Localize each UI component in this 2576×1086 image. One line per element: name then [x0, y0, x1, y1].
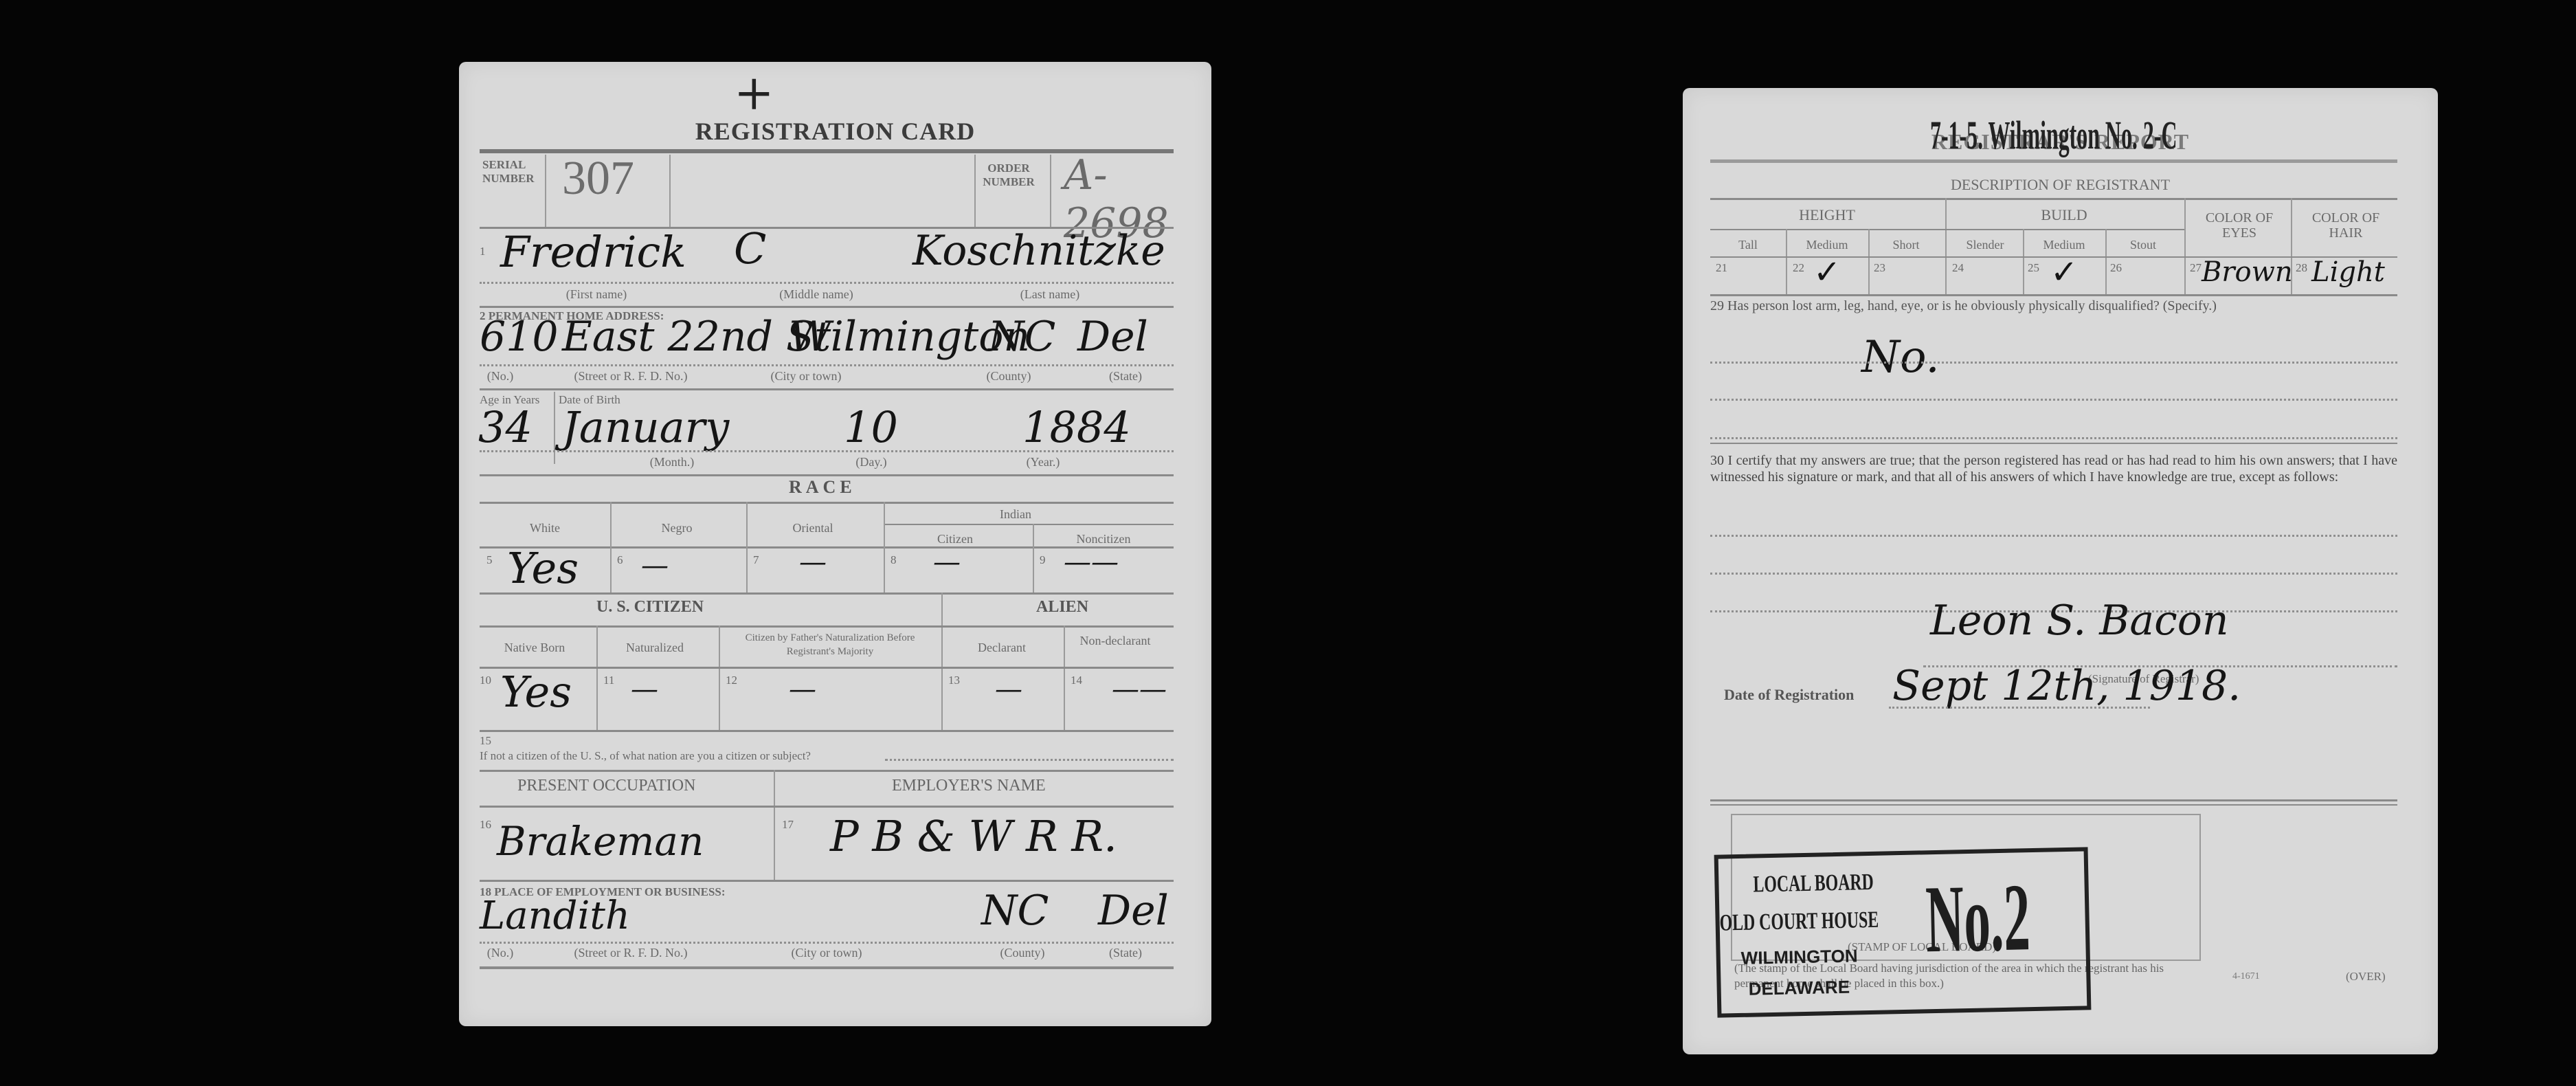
stamp-line-wilmington: WILMINGTON — [1740, 945, 1858, 969]
physical-disqualification-question: 29 Has person lost arm, leg, hand, eye, … — [1710, 298, 2404, 314]
stamp-line-old-court-house: OLD COURT HOUSE — [1719, 907, 1879, 937]
form-code: 4-1671 — [2232, 971, 2260, 982]
field-number: 24 — [1952, 261, 1964, 275]
registration-card-back: REGISTRAR'S REPORT 7-1-5. Wilmington No.… — [1683, 88, 2438, 1054]
date-of-registration-label: Date of Registration — [1724, 686, 1854, 704]
field-number: 26 — [2110, 261, 2122, 275]
field-number: 23 — [1874, 261, 1885, 275]
field-number: 22 — [1793, 261, 1804, 275]
build-header: BUILD — [1947, 206, 2181, 224]
height-tall-label: Tall — [1710, 238, 1786, 252]
build-slender-label: Slender — [1947, 238, 2023, 252]
field-number: 27 — [2190, 261, 2202, 275]
height-short-label: Short — [1868, 238, 1944, 252]
local-board-stamp: LOCAL BOARD OLD COURT HOUSE WILMINGTON D… — [1714, 847, 2092, 1017]
front-card-relative-block — [459, 0, 1211, 1086]
field-number: 28 — [2296, 261, 2307, 275]
hair-color-value: Light — [2311, 256, 2385, 288]
height-header: HEIGHT — [1710, 206, 1944, 224]
build-medium-check: ✓ — [2050, 253, 2078, 291]
field-number: 21 — [1716, 261, 1727, 275]
stamp-line-local-board: LOCAL BOARD — [1753, 869, 1874, 898]
field-number: 25 — [2028, 261, 2039, 275]
registrar-signature: Leon S. Bacon — [1930, 597, 2229, 645]
height-medium-check: ✓ — [1813, 253, 1841, 291]
eyes-header: COLOR OF EYES — [2188, 210, 2291, 241]
eye-color-value: Brown — [2202, 256, 2293, 288]
height-medium-label: Medium — [1786, 238, 1868, 252]
stamp-board-number: No.2 — [1925, 866, 2031, 971]
hair-header: COLOR OF HAIR — [2294, 210, 2397, 241]
build-medium-label: Medium — [2023, 238, 2105, 252]
over-label: (OVER) — [2346, 970, 2386, 984]
physical-disqualification-answer: No. — [1861, 332, 1940, 383]
wilmington-stamp-top: 7-1-5. Wilmington No. 2-C — [1930, 112, 2177, 158]
build-stout-label: Stout — [2105, 238, 2181, 252]
description-subtitle: DESCRIPTION OF REGISTRANT — [1683, 176, 2438, 194]
date-of-registration-value: Sept 12th, 1918. — [1892, 662, 2241, 710]
stamp-line-delaware: DELAWARE — [1748, 977, 1850, 1000]
certification-statement: 30 I certify that my answers are true; t… — [1710, 452, 2397, 485]
